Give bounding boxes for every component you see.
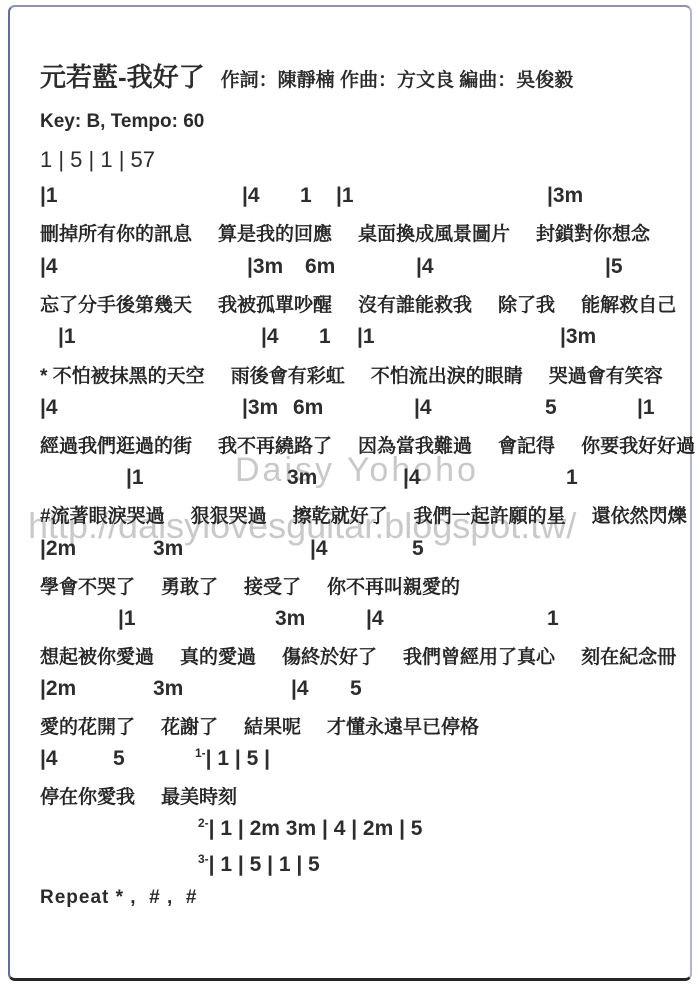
lyric-phrase: 封鎖對你想念 [536,219,650,246]
chord-line: |1|41|1|3m [40,184,690,212]
lyric-phrase: 最美時刻 [161,782,237,809]
lyric-phrase: 能解救自己 [581,290,676,317]
lyric-phrase: 除了我 [498,290,555,317]
lyric-phrase: 我被孤單吵醒 [218,290,332,317]
chord: |2m [40,537,76,561]
chord: |3m [242,396,278,420]
lyric-phrase: 真的愛過 [180,642,256,669]
chord: |4 [416,255,434,279]
chord: |4 [40,747,58,771]
chord: 3m [153,677,183,701]
lyric-line: * 不怕被抹黑的天空雨後會有彩虹不怕流出淚的眼睛哭過會有笑容 [40,361,663,388]
chord-sheet-content: 元若藍-我好了 作詞：陳靜楠 作曲：方文良 編曲：吳俊毅 Key: B, Tem… [10,7,690,978]
chord: 6m [305,255,335,279]
chord-line: |4|3m6m|45|1 [40,396,690,424]
lyric-phrase: 哭過會有笑容 [549,361,663,388]
lyric-phrase: 因為當我難過 [358,431,472,458]
ending-number: 2- [198,816,209,830]
chord: 5 [350,677,362,701]
chord-line: |451-| 1 | 5 | [40,747,690,775]
lyric-phrase: 刻在紀念冊 [581,642,676,669]
lyric-phrase: 我不再繞路了 [218,431,332,458]
chord: |1 [336,184,354,208]
lyric-phrase: 愛的花開了 [40,712,135,739]
chord-line: |13m|41 [40,466,690,494]
page-frame: Daisy Yohoho http://daisylovesguitar.blo… [8,5,692,981]
ending-number: 1- [195,746,206,760]
lyric-line: #流著眼淚哭過狠狠哭過擦乾就好了我們一起許願的星還依然閃爍 [40,501,687,528]
lyric-phrase: 擦乾就好了 [293,501,388,528]
repeat-instruction: Repeat * , # , # [40,887,197,909]
chord: |1 [637,396,655,420]
lyric-phrase: 學會不哭了 [40,572,135,599]
chord-sheet: |1|41|1|3m刪掉所有你的訊息算是我的回應桌面換成風景圖片封鎖對你想念|4… [10,7,690,978]
lyric-phrase: 沒有誰能救我 [358,290,472,317]
lyric-phrase: 停在你愛我 [40,782,135,809]
chord: |4 [366,607,384,631]
lyric-phrase: 刪掉所有你的訊息 [40,219,192,246]
lyric-phrase: #流著眼淚哭過 [40,501,165,528]
chord: 6m [293,396,323,420]
lyric-phrase: 我們一起許願的星 [414,501,566,528]
chord: 1 [319,325,331,349]
lyric-phrase: 你不再叫親愛的 [327,572,460,599]
chord: |1 [357,325,375,349]
lyric-phrase: 不怕流出淚的眼睛 [371,361,523,388]
chord-line: 2-| 1 | 2m 3m | 4 | 2m | 5 [40,817,690,845]
chord: 5 [113,747,125,771]
lyric-phrase: 才懂永遠早已停格 [327,712,479,739]
chord: |4 [403,466,421,490]
chord: 5 [545,396,557,420]
lyric-phrase: * 不怕被抹黑的天空 [40,361,205,388]
lyric-phrase: 勇敢了 [161,572,218,599]
chord: 5 [412,537,424,561]
chord: |3m [247,255,283,279]
chord: 3m [153,537,183,561]
chord-line: 3-| 1 | 5 | 1 | 5 [40,853,690,881]
lyric-phrase: 接受了 [244,572,301,599]
chord: 3m [275,607,305,631]
lyric-line: 經過我們逛過的街我不再繞路了因為當我難過會記得你要我好好過 [40,431,695,458]
lyric-phrase: 傷終於好了 [282,642,377,669]
chord: |4 [242,184,260,208]
lyric-phrase: 你要我好好過 [581,431,695,458]
chord: 1 [547,607,559,631]
chord: |5 [605,255,623,279]
chord: |1 [40,184,58,208]
lyric-phrase: 桌面換成風景圖片 [358,219,510,246]
chord: |4 [310,537,328,561]
chord: |4 [40,255,58,279]
lyric-phrase: 算是我的回應 [218,219,332,246]
lyric-line: 想起被你愛過真的愛過傷終於好了我們曾經用了真心刻在紀念冊 [40,642,676,669]
chord: |1 [118,607,136,631]
lyric-phrase: 想起被你愛過 [40,642,154,669]
chord: |4 [261,325,279,349]
lyric-phrase: 我們曾經用了真心 [403,642,555,669]
lyric-phrase: 結果呢 [244,712,301,739]
lyric-phrase: 還依然閃爍 [592,501,687,528]
ending-number: 3- [198,852,209,866]
lyric-line: 刪掉所有你的訊息算是我的回應桌面換成風景圖片封鎖對你想念 [40,219,650,246]
lyric-phrase: 雨後會有彩虹 [231,361,345,388]
chord: |4 [40,396,58,420]
chord: |4 [414,396,432,420]
lyric-phrase: 經過我們逛過的街 [40,431,192,458]
chord-line: |2m3m|45 [40,677,690,705]
chord: 2-| 1 | 2m 3m | 4 | 2m | 5 [198,817,423,841]
chord: 3-| 1 | 5 | 1 | 5 [198,853,320,877]
chord: 3m [287,466,317,490]
chord: 1 [300,184,312,208]
chord: |2m [40,677,76,701]
lyric-phrase: 會記得 [498,431,555,458]
chord-line: |2m3m|45 [40,537,690,565]
chord: |1 [58,325,76,349]
chord: |1 [126,466,144,490]
lyric-line: 忘了分手後第幾天我被孤單吵醒沒有誰能救我除了我能解救自己 [40,290,676,317]
chord-line: |13m|41 [40,607,690,635]
lyric-line: 學會不哭了勇敢了接受了你不再叫親愛的 [40,572,460,599]
lyric-line: 停在你愛我最美時刻 [40,782,237,809]
chord-line: |1|41|1|3m [40,325,690,353]
chord: |4 [291,677,309,701]
chord: 1-| 1 | 5 | [195,747,270,771]
chord-line: |4|3m6m|4|5 [40,255,690,283]
chord: |3m [560,325,596,349]
chord: |3m [547,184,583,208]
lyric-phrase: 狠狠哭過 [191,501,267,528]
lyric-phrase: 花謝了 [161,712,218,739]
lyric-line: 愛的花開了花謝了結果呢才懂永遠早已停格 [40,712,479,739]
lyric-phrase: 忘了分手後第幾天 [40,290,192,317]
chord: 1 [566,466,578,490]
